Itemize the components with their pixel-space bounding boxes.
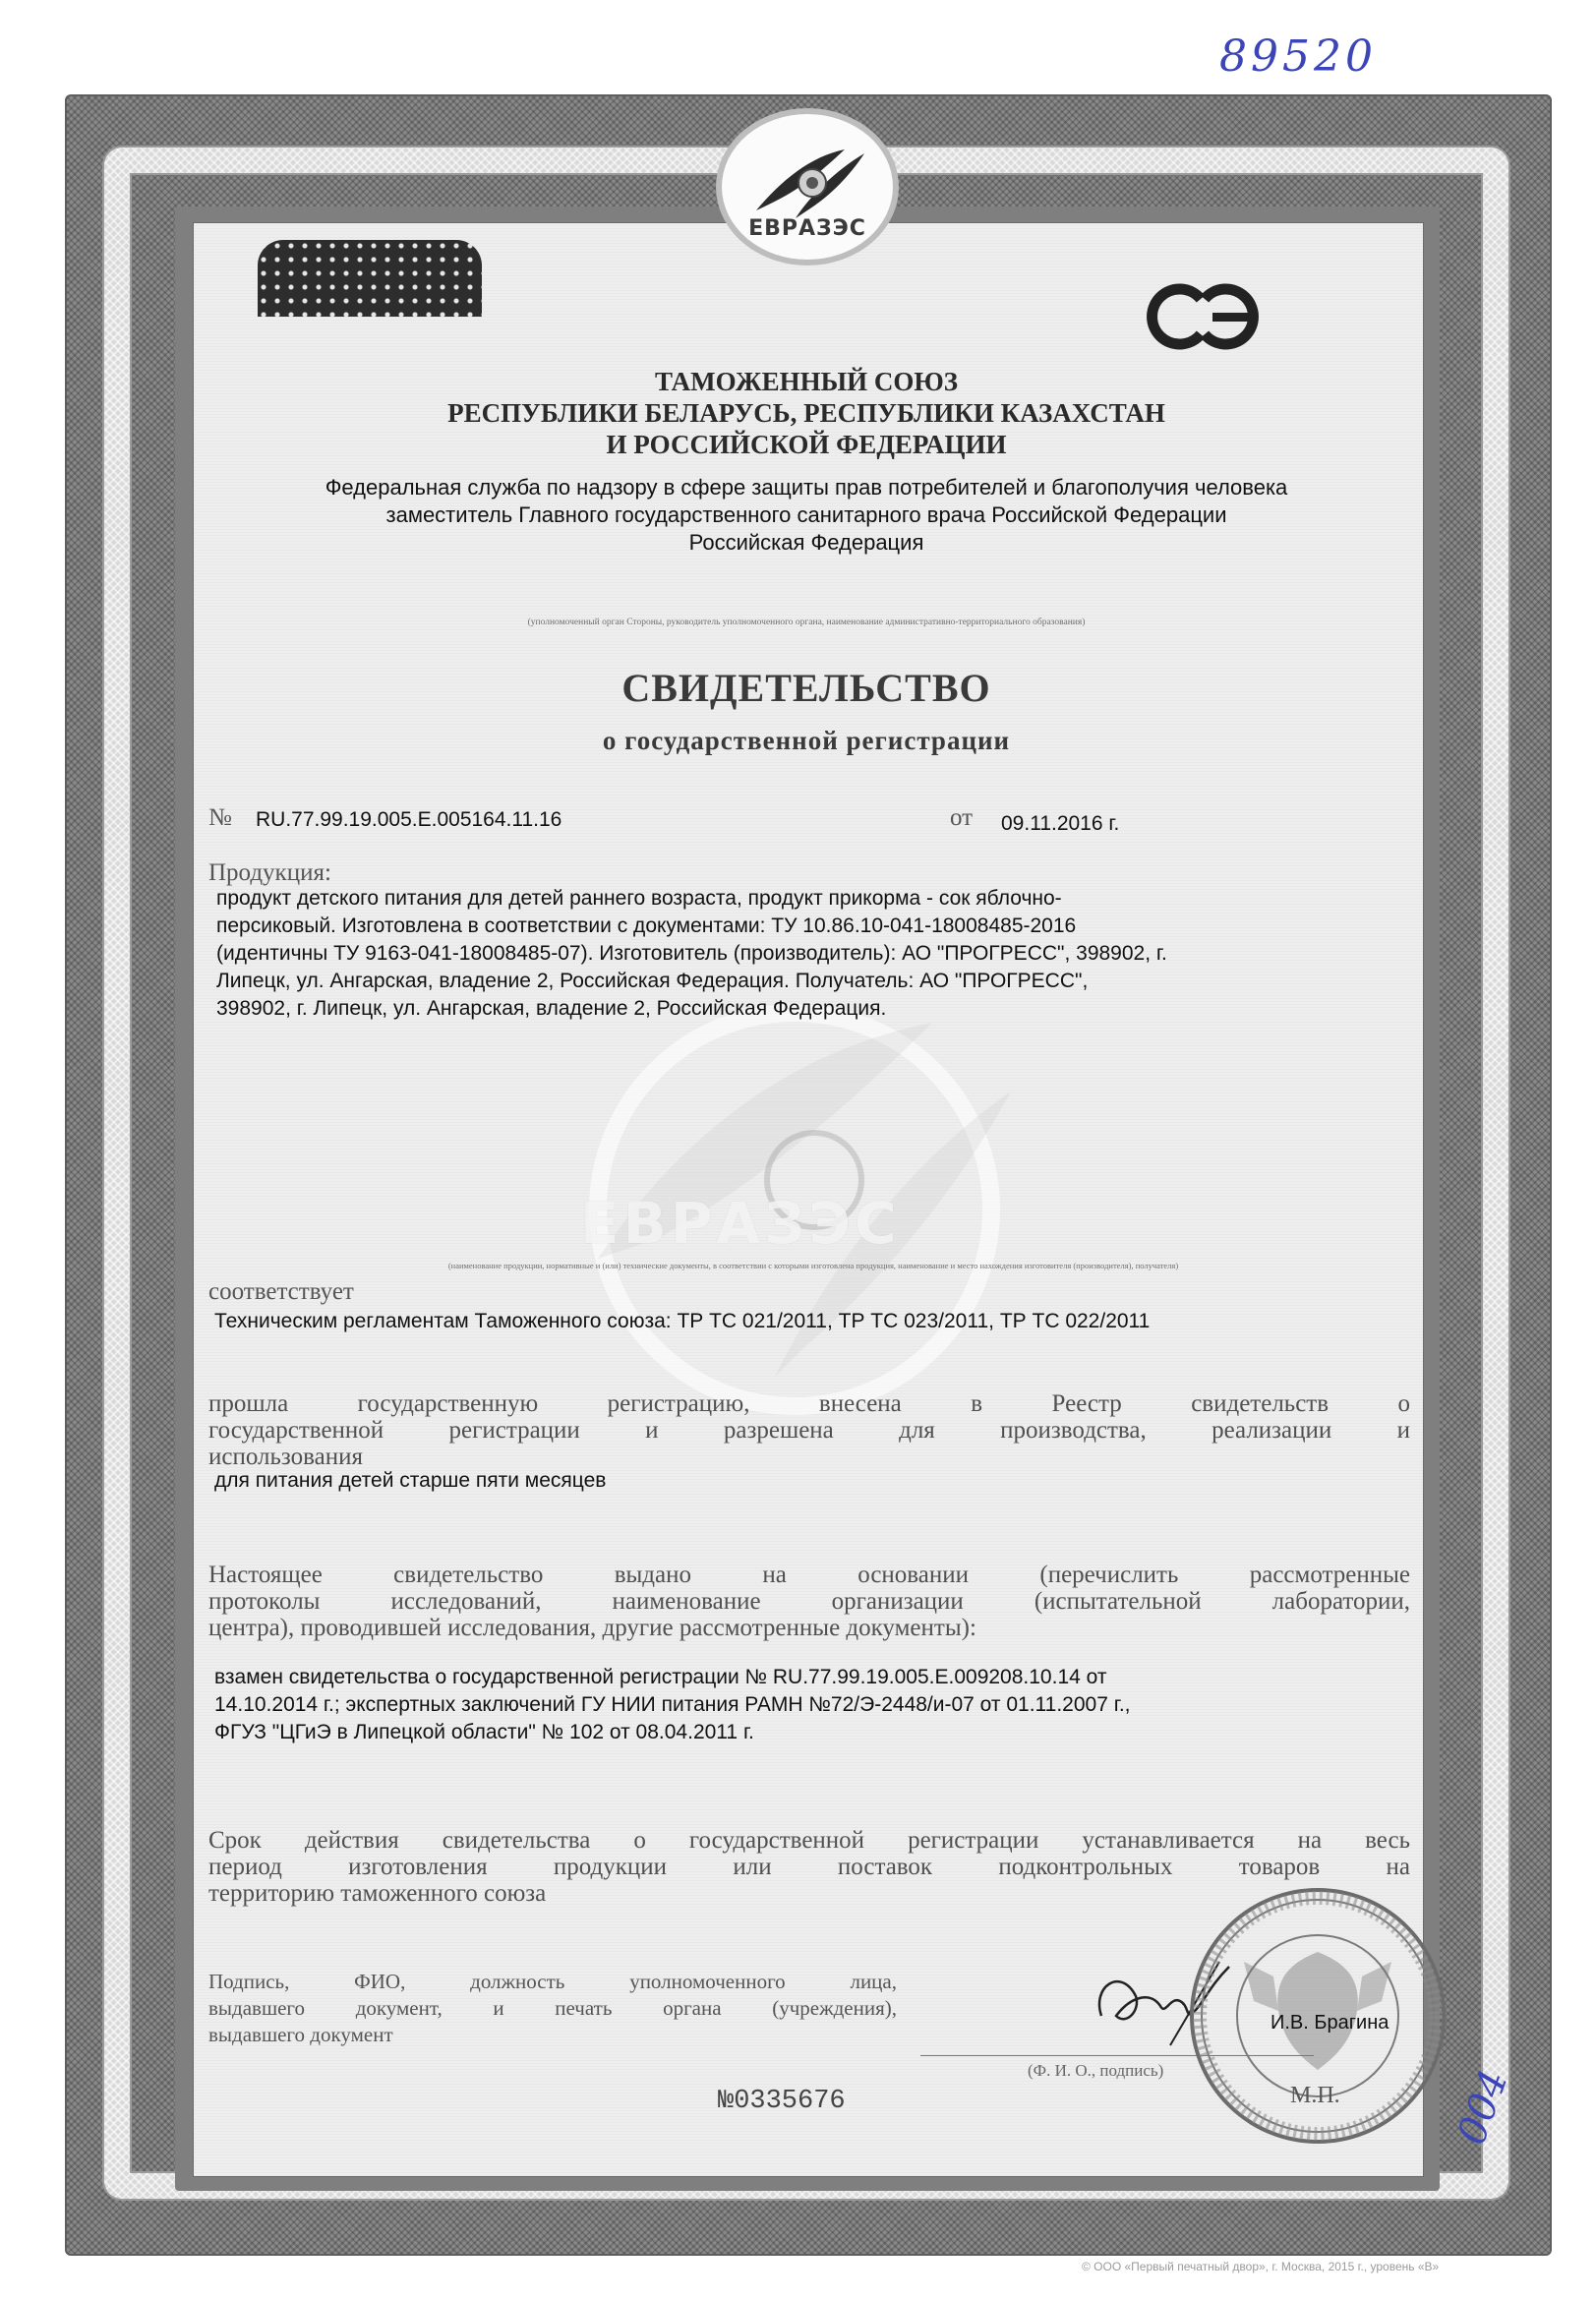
issuing-agency: Федеральная служба по надзору в сфере за…: [236, 474, 1377, 557]
basis-line: взамен свидетельства о государственной р…: [214, 1664, 1424, 1691]
registration-date: 09.11.2016 г.: [1001, 812, 1119, 836]
signature-caption: (Ф. И. О., подпись): [1028, 2061, 1163, 2081]
document-title: СВИДЕТЕЛЬСТВО: [295, 665, 1318, 711]
basis-documents: взамен свидетельства о государственной р…: [214, 1664, 1424, 1746]
stamp-place-mark: М.П.: [1290, 2083, 1340, 2109]
basis-label-line: Настоящее свидетельство выдано на основа…: [208, 1562, 1410, 1588]
statement-line: прошла государственную регистрацию, внес…: [208, 1390, 1410, 1417]
eurasec-swoosh-icon: [751, 142, 869, 220]
basis-line: 14.10.2014 г.; экспертных заключений ГУ …: [214, 1691, 1424, 1719]
watermark-label: ЕВРАЗЭС: [580, 1190, 901, 1257]
validity-line: Срок действия свидетельства о государств…: [208, 1827, 1410, 1854]
number-label: №: [208, 804, 232, 832]
eurasec-label: ЕВРАЗЭС: [722, 216, 893, 241]
signature-label-line: Подпись, ФИО, должность уполномоченного …: [208, 1969, 897, 1995]
eurasec-emblem: ЕВРАЗЭС: [716, 108, 899, 265]
registration-number: RU.77.99.19.005.E.005164.11.16: [256, 808, 562, 832]
basis-label-line: протоколы исследований, наименование орг…: [208, 1588, 1410, 1615]
product-line: Липецк, ул. Ангарская, владение 2, Росси…: [216, 968, 1426, 995]
document-subtitle: о государственной регистрации: [295, 726, 1318, 756]
agency-line: Российская Федерация: [236, 529, 1377, 557]
basis-line: ФГУЗ "ЦГиЭ в Липецкой области" № 102 от …: [214, 1719, 1424, 1746]
union-line: И РОССИЙСКОЙ ФЕДЕРАЦИИ: [246, 429, 1367, 460]
printer-footer: © ООО «Первый печатный двор», г. Москва,…: [1082, 2260, 1439, 2273]
customs-union-mark-icon: [1144, 277, 1266, 356]
signature-label-line: выдавшего документ: [208, 2022, 897, 2048]
product-line: 398902, г. Липецк, ул. Ангарская, владен…: [216, 995, 1426, 1023]
blank-serial-number: №0335676: [718, 2087, 846, 2116]
product-caption: (наименование продукции, нормативные и (…: [208, 1261, 1418, 1270]
validity-line: период изготовления продукции или постав…: [208, 1854, 1410, 1880]
statement-line: государственной регистрации и разрешена …: [208, 1417, 1410, 1444]
product-line: продукт детского питания для детей ранне…: [216, 885, 1426, 913]
signatory-name: И.В. Брагина: [1271, 2012, 1389, 2035]
basis-label-line: центра), проводившей исследования, други…: [208, 1615, 1410, 1641]
product-line: персиковый. Изготовлена в соответствии с…: [216, 913, 1426, 940]
technical-regulations: Техническим регламентам Таможенного союз…: [214, 1310, 1150, 1333]
agency-line: Федеральная служба по надзору в сфере за…: [236, 474, 1377, 501]
customs-union-header: ТАМОЖЕННЫЙ СОЮЗ РЕСПУБЛИКИ БЕЛАРУСЬ, РЕС…: [246, 366, 1367, 460]
signature-label: Подпись, ФИО, должность уполномоченного …: [208, 1969, 897, 2048]
usage-purpose: для питания детей старше пяти месяцев: [214, 1469, 606, 1493]
registration-statement: прошла государственную регистрацию, внес…: [208, 1390, 1410, 1470]
product-description: продукт детского питания для детей ранне…: [216, 885, 1426, 1023]
basis-label: Настоящее свидетельство выдано на основа…: [208, 1562, 1410, 1641]
product-line: (идентичны ТУ 9163-041-18008485-07). Изг…: [216, 940, 1426, 968]
union-line: РЕСПУБЛИКИ БЕЛАРУСЬ, РЕСПУБЛИКИ КАЗАХСТА…: [246, 397, 1367, 429]
conformity-label: соответствует: [208, 1278, 354, 1306]
product-label: Продукция:: [208, 859, 331, 887]
union-line: ТАМОЖЕННЫЙ СОЮЗ: [246, 366, 1367, 397]
signature-label-line: выдавшего документ, и печать органа (учр…: [208, 1995, 897, 2022]
handwritten-number: 89520: [1219, 31, 1377, 82]
security-hologram: [258, 240, 482, 317]
agency-caption: (уполномоченный орган Стороны, руководит…: [226, 618, 1387, 627]
agency-line: заместитель Главного государственного са…: [236, 501, 1377, 529]
statement-line: использования: [208, 1444, 1410, 1470]
date-label: от: [950, 804, 973, 832]
